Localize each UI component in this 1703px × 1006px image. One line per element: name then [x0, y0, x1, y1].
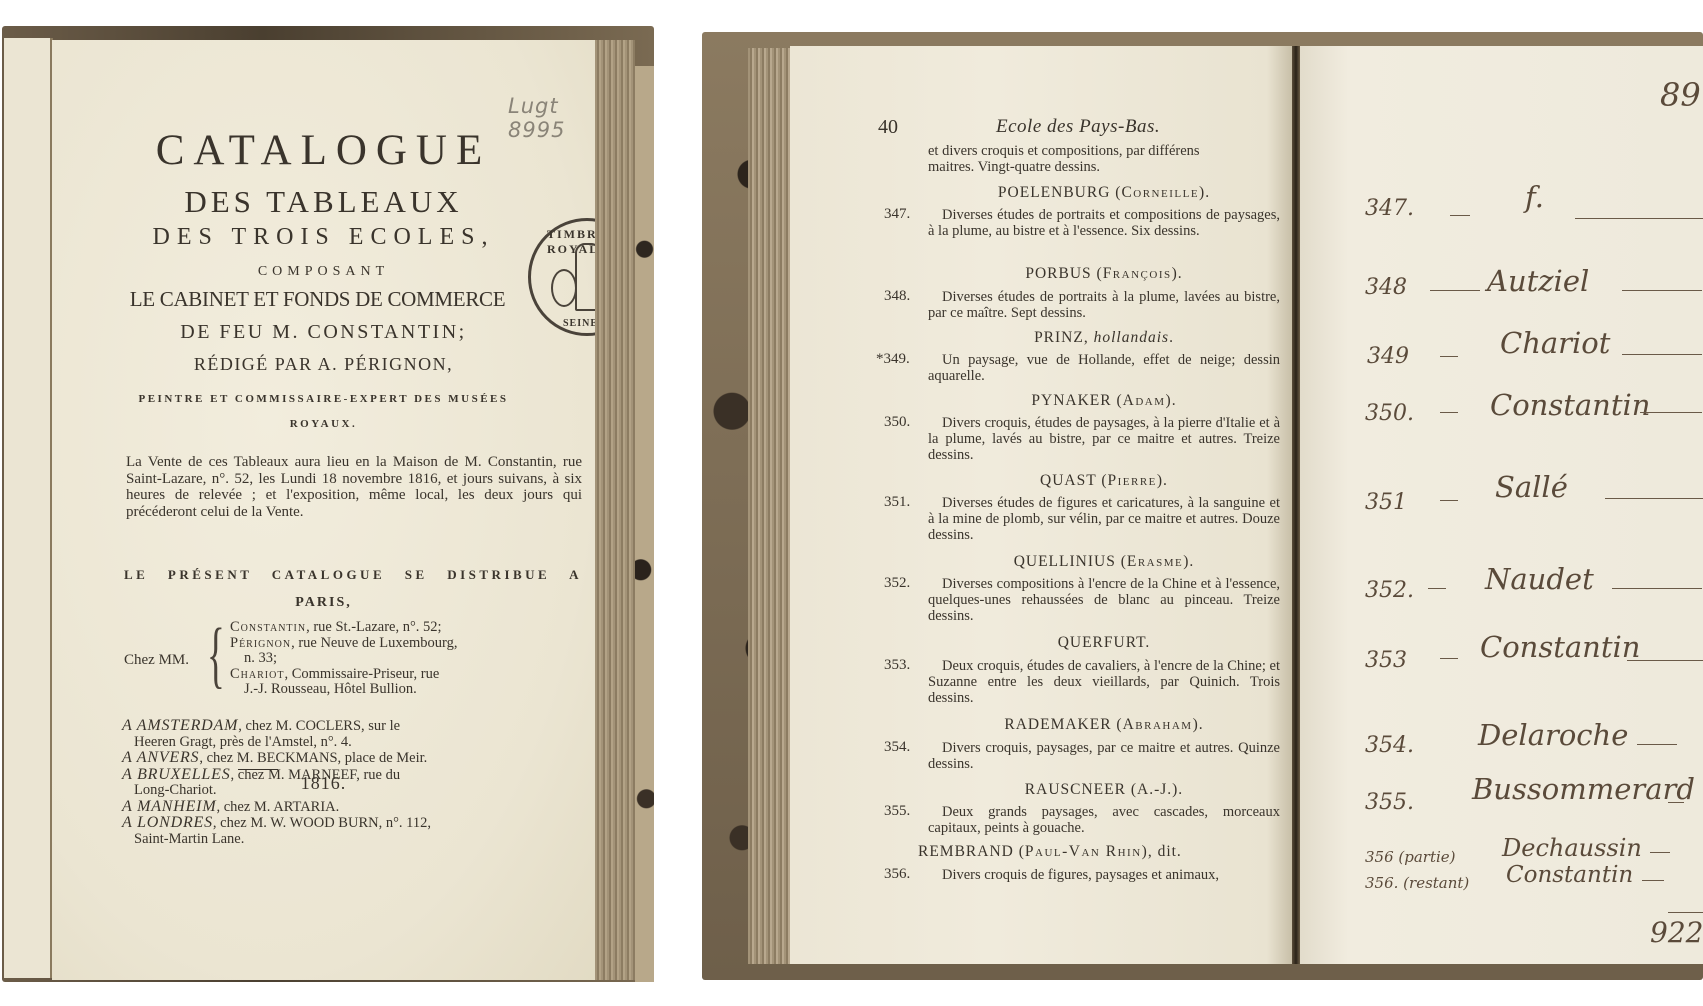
manuscript-buyer: f.	[1525, 180, 1544, 214]
chez-entry: Constantin, rue St.-Lazare, n°. 52;	[230, 620, 582, 636]
sum-rule	[1668, 912, 1703, 913]
lot-number: 356.	[884, 866, 910, 883]
artist-heading: PORBUS (François).	[928, 265, 1280, 283]
lot-description: Diverses études de portraits à la plume,…	[928, 289, 1280, 321]
lot-description: Un paysage, vue de Hollande, effet de ne…	[928, 352, 1280, 384]
distribution-city: PARIS,	[52, 595, 595, 611]
lot-number: 351.	[884, 494, 910, 511]
manuscript-lot-number: 355.	[1365, 790, 1414, 815]
lot-description: Deux grands paysages, avec cascades, mor…	[928, 804, 1280, 836]
manuscript-lot-number: 347.	[1365, 196, 1414, 221]
manuscript-lot-number: 356 (partie)	[1365, 848, 1456, 866]
artist-heading: POELENBURG (Corneille).	[928, 184, 1280, 202]
chez-entry: Pérignon, rue Neuve de Luxembourg,	[230, 636, 582, 652]
dash	[1637, 744, 1677, 745]
agent-entry: A LONDRES, chez M. W. WOOD BURN, n°. 112…	[122, 815, 584, 832]
lot-number: 355.	[884, 803, 910, 820]
artist-heading: PRINZ, hollandais.	[928, 329, 1280, 347]
dash	[1605, 498, 1703, 499]
manuscript-buyer: Dechaussin	[1502, 834, 1642, 862]
lot-description: Divers croquis, paysages, par ce maitre …	[928, 740, 1280, 772]
manuscript-buyer: Chariot	[1500, 326, 1610, 360]
manuscript-buyer: Autziel	[1487, 264, 1589, 298]
dash	[1622, 354, 1702, 355]
publication-year: 1816.	[52, 773, 595, 794]
book-gutter	[1292, 46, 1300, 964]
continuation-text: et divers croquis et compositions, par d…	[928, 143, 1280, 175]
title-composant: COMPOSANT	[52, 264, 595, 280]
agent-entry: A MANHEIM, chez M. ARTARIA.	[122, 799, 584, 816]
manuscript-buyer: Naudet	[1485, 562, 1594, 596]
title-constantin: DE FEU M. CONSTANTIN;	[52, 321, 595, 344]
manuscript-lot-number: 356. (restant)	[1365, 874, 1469, 892]
manuscript-lot-number: 349	[1367, 344, 1409, 369]
artist-heading: RAUSCNEER (A.-J.).	[928, 781, 1280, 799]
artist-heading: QUERFURT.	[928, 634, 1280, 652]
title-des-tableaux: DES TABLEAUX	[52, 184, 595, 220]
lot-description: Diverses études de figures et caricature…	[928, 495, 1280, 544]
flyleaf	[4, 38, 53, 978]
artist-heading: RADEMAKER (Abraham).	[928, 716, 1280, 734]
lot-description: Divers croquis, études de paysages, à la…	[928, 415, 1280, 464]
chez-entry: Chariot, Commissaire-Priseur, rue	[230, 667, 582, 683]
artist-heading: QUELLINIUS (Erasme).	[928, 553, 1280, 571]
lot-number: 350.	[884, 414, 910, 431]
dash	[1650, 852, 1670, 853]
brace-icon: {	[207, 618, 225, 692]
dash	[1575, 218, 1703, 219]
page-edges	[595, 40, 635, 980]
lot-number: 353.	[884, 657, 910, 674]
manuscript-buyer: Delaroche	[1478, 718, 1628, 752]
chez-label: Chez MM.	[124, 652, 189, 669]
dash	[1440, 356, 1458, 357]
dash	[1668, 802, 1684, 803]
dash	[1440, 412, 1458, 413]
title-peintre: PEINTRE ET COMMISSAIRE-EXPERT DES MUSÉES	[52, 393, 595, 405]
dash	[1622, 290, 1702, 291]
dash	[1627, 660, 1703, 661]
fleur-de-lis-shield-icon	[551, 269, 577, 307]
lot-number: 352.	[884, 575, 910, 592]
manuscript-buyer: Constantin	[1506, 862, 1633, 888]
title-page: Lugt 8995 CATALOGUE DES TABLEAUX DES TRO…	[52, 40, 595, 980]
lot-description: Deux croquis, études de cavaliers, à l'e…	[928, 658, 1280, 707]
sale-notice: La Vente de ces Tableaux aura lieu en la…	[126, 454, 582, 520]
lot-description: Divers croquis de figures, paysages et a…	[928, 867, 1280, 883]
lot-number: *349.	[876, 351, 910, 368]
manuscript-lot-number: 354.	[1365, 733, 1414, 758]
title-cabinet: LE CABINET ET FONDS DE COMMERCE	[46, 287, 589, 312]
chez-list: Constantin, rue St.-Lazare, n°. 52; Péri…	[230, 620, 582, 698]
manuscript-buyer: Bussommerard	[1472, 772, 1695, 806]
title-trois-ecoles: DES TROIS ECOLES,	[52, 224, 595, 251]
lot-description: Diverses études de portraits et composit…	[928, 207, 1280, 239]
page-number: 40	[878, 116, 898, 139]
dash	[1642, 880, 1664, 881]
page-edges	[748, 48, 790, 964]
left-volume: Lugt 8995 CATALOGUE DES TABLEAUX DES TRO…	[2, 26, 654, 982]
manuscript-lot-number: 350.	[1365, 401, 1414, 426]
title-catalogue: CATALOGUE	[52, 126, 595, 175]
lot-number: 348.	[884, 288, 910, 305]
title-royaux: ROYAUX.	[52, 418, 595, 430]
lot-number: 354.	[884, 739, 910, 756]
agent-entry: A AMSTERDAM, chez M. COCLERS, sur le	[122, 718, 584, 735]
stamp-bottom-text: SEINE	[563, 318, 598, 329]
artist-heading: QUAST (Pierre).	[928, 472, 1280, 490]
manuscript-buyer: Constantin	[1490, 388, 1650, 422]
manuscript-buyer: Sallé	[1495, 470, 1568, 504]
running-head: Ecole des Pays-Bas.	[996, 116, 1160, 138]
artist-heading: REMBRAND (Paul-Van Rhin), dit.	[918, 843, 1270, 861]
manuscript-page-number: 89	[1660, 76, 1701, 114]
dash	[1430, 290, 1480, 291]
manuscript-lot-number: 352.	[1365, 578, 1414, 603]
dash	[1640, 412, 1702, 413]
lot-description: Diverses compositions à l'encre de la Ch…	[928, 576, 1280, 625]
dash	[1440, 658, 1458, 659]
manuscript-lot-number: 348	[1365, 275, 1407, 300]
manuscript-lot-number: 351	[1365, 490, 1407, 515]
lot-number: 347.	[884, 206, 910, 223]
manuscript-total: 922	[1650, 916, 1703, 949]
artist-heading: PYNAKER (Adam).	[928, 392, 1280, 410]
manuscript-page	[1300, 46, 1703, 964]
manuscript-buyer: Constantin	[1480, 630, 1640, 664]
dash	[1428, 588, 1446, 589]
dash	[1450, 215, 1470, 216]
dash	[1612, 588, 1702, 589]
manuscript-lot-number: 353	[1365, 648, 1407, 673]
distribution-heading: LE PRÉSENT CATALOGUE SE DISTRIBUE A	[124, 567, 582, 583]
title-redige: RÉDIGÉ PAR A. PÉRIGNON,	[52, 354, 595, 375]
year-rule	[238, 769, 278, 770]
dash	[1440, 500, 1458, 501]
agent-entry: A ANVERS, chez M. BECKMANS, place de Mei…	[122, 750, 584, 767]
marbled-cover	[635, 66, 654, 982]
